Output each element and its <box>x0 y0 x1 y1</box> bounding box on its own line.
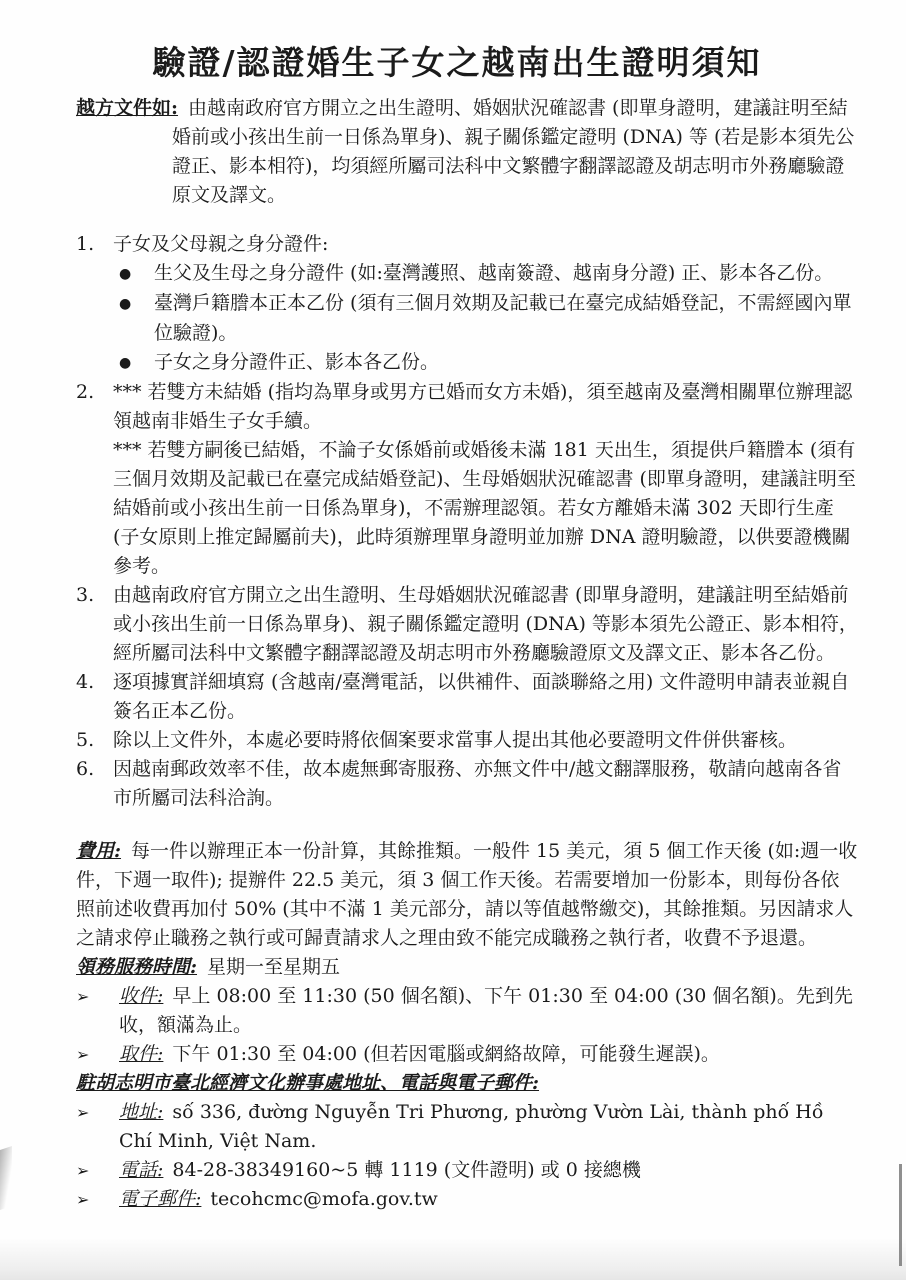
bullet-row: ●生父及生母之身分證件 (如:臺灣護照、越南簽證、越南身分證) 正、影本各乙份。 <box>76 259 858 289</box>
item-6-text: 因越南郵政效率不佳，故本處無郵寄服務、亦無文件中/越文翻譯服務，敬請向越南各省市… <box>113 758 841 809</box>
arrow-bullet-icon: ➢ <box>76 1185 119 1214</box>
item-4-text: 逐項據實詳細填寫 (含越南/臺灣電話，以供補件、面談聯絡之用) 文件證明申請表並… <box>113 671 849 722</box>
fee-text: 每一件以辦理正本一份計算，其餘推類。一般件 15 美元，須 5 個工作天後 (如… <box>76 840 857 949</box>
item-1-text: 子女及父母親之身分證件: <box>113 233 328 255</box>
item-2-text-1: *** 若雙方未結婚 (指均為單身或男方已婚而女方未婚)，須至越南及臺灣相關單位… <box>113 381 852 432</box>
bullet-text: 生父及生母之身分證件 (如:臺灣護照、越南簽證、越南身分證) 正、影本各乙份。 <box>154 262 833 284</box>
service-hours-days: 星期一至星期五 <box>207 956 340 978</box>
service-entry-pickup: ➢取件:下午 01:30 至 04:00 (但若因電腦或網絡故障，可能發生遲誤)… <box>76 1040 858 1069</box>
service-entry-receive: ➢收件:早上 08:00 至 11:30 (50 個名額)、下午 01:30 至… <box>76 982 858 1040</box>
email-text: tecohcmc@mofa.gov.tw <box>210 1188 437 1210</box>
item-5-text: 除以上文件外，本處必要時將依個案要求當事人提出其他必要證明文件併供審核。 <box>113 729 797 751</box>
service-hours-heading: 領務服務時間:星期一至星期五 <box>76 953 858 982</box>
item-1-head: 1.子女及父母親之身分證件: <box>76 230 858 259</box>
bullet-row: ●臺灣戶籍謄本正本乙份 (須有三個月效期及記載已在臺完成結婚登記，不需經國內單位… <box>76 289 858 348</box>
scan-edge-line-artifact <box>899 1164 902 1266</box>
list-item: 6.因越南郵政效率不佳，故本處無郵寄服務、亦無文件中/越文翻譯服務，敬請向越南各… <box>76 755 858 813</box>
item-2-para-1: 2.*** 若雙方未結婚 (指均為單身或男方已婚而女方未婚)，須至越南及臺灣相關… <box>76 378 858 436</box>
item-number: 2. <box>76 378 113 407</box>
address-label: 地址: <box>119 1101 163 1123</box>
list-item: 5.除以上文件外，本處必要時將依個案要求當事人提出其他必要證明文件併供審核。 <box>76 726 858 755</box>
scan-bottom-shading-artifact <box>0 1238 906 1280</box>
pickup-text: 下午 01:30 至 04:00 (但若因電腦或網絡故障，可能發生遲誤)。 <box>172 1043 720 1065</box>
fee-label: 費用: <box>76 840 121 862</box>
office-entry-phone: ➢電話:84-28-38349160~5 轉 1119 (文件證明) 或 0 接… <box>76 1156 858 1185</box>
bullet-text: 臺灣戶籍謄本正本乙份 (須有三個月效期及記載已在臺完成結婚登記，不需經國內單位驗… <box>154 292 851 344</box>
arrow-bullet-icon: ➢ <box>76 1040 119 1069</box>
email-label: 電子郵件: <box>119 1188 201 1210</box>
spacer <box>76 222 858 230</box>
page-title: 驗證/認證婚生子女之越南出生證明須知 <box>56 40 858 86</box>
arrow-bullet-icon: ➢ <box>76 1156 119 1185</box>
office-contact-heading: 駐胡志明市臺北經濟文化辦事處地址、電話與電子郵件: <box>76 1069 858 1098</box>
office-entry-email: ➢電子郵件:tecohcmc@mofa.gov.tw <box>76 1185 858 1214</box>
phone-text: 84-28-38349160~5 轉 1119 (文件證明) 或 0 接總機 <box>172 1159 640 1181</box>
item-3-text: 由越南政府官方開立之出生證明、生母婚姻狀況確認書 (即單身證明，建議註明至結婚前… <box>113 584 858 664</box>
item-number: 3. <box>76 581 113 610</box>
list-item: 3.由越南政府官方開立之出生證明、生母婚姻狀況確認書 (即單身證明，建議註明至結… <box>76 581 858 668</box>
office-entry-address: ➢地址:số 336, đường Nguyễn Tri Phương, phư… <box>76 1098 858 1156</box>
fee-paragraph: 費用:每一件以辦理正本一份計算，其餘推類。一般件 15 美元，須 5 個工作天後… <box>76 837 858 953</box>
phone-label: 電話: <box>119 1159 163 1181</box>
bullet-icon: ● <box>119 260 154 289</box>
document-page: 驗證/認證婚生子女之越南出生證明須知 越方文件如:由越南政府官方開立之出生證明、… <box>0 0 906 1280</box>
item-number: 4. <box>76 668 113 697</box>
item-2-text-2: *** 若雙方嗣後已結婚，不論子女係婚前或婚後未滿 181 天出生，須提供戶籍謄… <box>113 439 856 577</box>
office-heading-text: 駐胡志明市臺北經濟文化辦事處地址、電話與電子郵件: <box>76 1072 539 1094</box>
list-item: 2.*** 若雙方未結婚 (指均為單身或男方已婚而女方未婚)，須至越南及臺灣相關… <box>76 378 858 581</box>
bullet-icon: ● <box>119 290 154 319</box>
receive-text: 早上 08:00 至 11:30 (50 個名額)、下午 01:30 至 04:… <box>119 985 853 1036</box>
intro-text: 由越南政府官方開立之出生證明、婚姻狀況確認書 (即單身證明，建議註明至結婚前或小… <box>172 97 854 206</box>
intro-paragraph: 越方文件如:由越南政府官方開立之出生證明、婚姻狀況確認書 (即單身證明，建議註明… <box>76 94 858 210</box>
arrow-bullet-icon: ➢ <box>76 1098 119 1127</box>
list-item: 1.子女及父母親之身分證件: ●生父及生母之身分證件 (如:臺灣護照、越南簽證、… <box>76 230 858 378</box>
address-text: số 336, đường Nguyễn Tri Phương, phường … <box>119 1101 823 1152</box>
receive-label: 收件: <box>119 985 163 1007</box>
item-number: 6. <box>76 755 113 784</box>
list-item: 4.逐項據實詳細填寫 (含越南/臺灣電話，以供補件、面談聯絡之用) 文件證明申請… <box>76 668 858 726</box>
item-number: 1. <box>76 230 113 259</box>
bullet-icon: ● <box>119 349 154 378</box>
item-2-para-2: *** 若雙方嗣後已結婚，不論子女係婚前或婚後未滿 181 天出生，須提供戶籍謄… <box>76 436 858 581</box>
bullet-row: ●子女之身分證件正、影本各乙份。 <box>76 348 858 378</box>
arrow-bullet-icon: ➢ <box>76 982 119 1011</box>
intro-label: 越方文件如: <box>76 97 178 119</box>
bullet-text: 子女之身分證件正、影本各乙份。 <box>154 351 439 373</box>
item-number: 5. <box>76 726 113 755</box>
service-hours-label: 領務服務時間: <box>76 956 197 978</box>
scan-smudge-artifact <box>0 1146 12 1210</box>
spacer <box>76 813 858 837</box>
pickup-label: 取件: <box>119 1043 163 1065</box>
